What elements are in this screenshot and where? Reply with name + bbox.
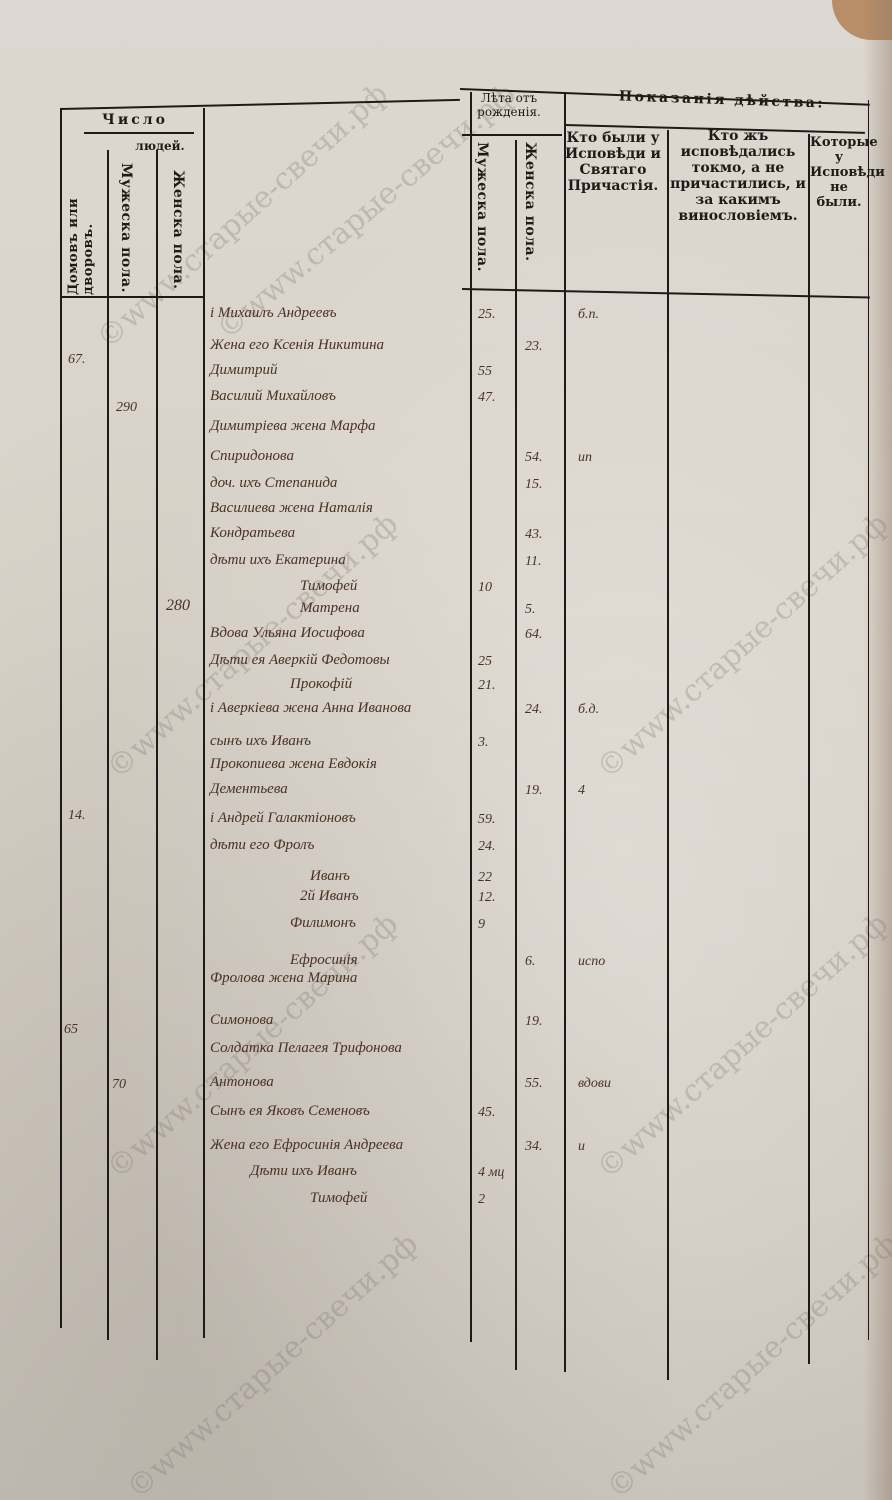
count-muzh: 70 (112, 1077, 126, 1093)
entry-name: Димитріева жена Марфа (210, 418, 375, 435)
entry-name: 2й Иванъ (300, 888, 359, 905)
entry-age-female: 11. (525, 554, 541, 570)
entry-name: Дѣти ея Аверкій Федотовы (210, 652, 390, 669)
count-dvorov: 65 (64, 1022, 78, 1038)
entry-age-female: 19. (525, 1014, 543, 1030)
header-rule (84, 132, 194, 134)
entry-age-female: 64. (525, 627, 543, 643)
entry-confession-note: 4 (578, 783, 585, 799)
header-lyeta-zhen: Женска пола. (522, 142, 538, 272)
entry-name: Солдатка Пелагея Трифонова (210, 1040, 402, 1057)
entry-age-male: 47. (478, 390, 496, 406)
column-rule (203, 108, 205, 1338)
entry-age-female: 34. (525, 1139, 543, 1155)
header-lyeta: Лѣта отъ рожденія. (460, 92, 558, 120)
entry-age-male: 10 (478, 580, 492, 596)
entry-age-female: 54. (525, 450, 543, 466)
entry-name: і Аверкіева жена Анна Иванова (210, 700, 411, 717)
entry-name: сынъ ихъ Иванъ (210, 733, 311, 750)
column-rule (156, 150, 158, 1360)
watermark: ©www.старые-свечи.рф (120, 1227, 425, 1500)
entry-age-male: 55 (478, 364, 492, 380)
entry-name: Василиева жена Наталія (210, 500, 373, 517)
header-lyeta-muzh: Мужеска пола. (474, 142, 490, 292)
entry-name: Спиридонова (210, 448, 294, 465)
entry-name: Тимофей (310, 1190, 367, 1207)
column-rule (515, 140, 517, 1370)
header-col-muzh: Мужеска пола. (118, 163, 134, 293)
entry-name: Филимонъ (290, 915, 356, 932)
entry-name: Дѣти ихъ Иванъ (250, 1163, 357, 1180)
entry-name: Дементьева (210, 781, 288, 798)
entry-age-male: 59. (478, 812, 496, 828)
column-rule (107, 150, 109, 1340)
entry-age-female: 43. (525, 527, 543, 543)
count-dvorov: 14. (68, 808, 86, 824)
entry-name: Тимофей (300, 578, 357, 595)
header-pokazaniya: Показанія дѣйства: (572, 87, 872, 114)
entry-age-male: 24. (478, 839, 496, 855)
entry-confession-note: вдови (578, 1076, 611, 1092)
header-col-byli: Кто были у Исповѣди и Святаго Причастія. (563, 130, 663, 194)
entry-confession-note: и (578, 1139, 585, 1155)
entry-name: Ефросинія (290, 952, 358, 969)
watermark: ©www.старые-свечи.рф (590, 907, 892, 1186)
header-rule (462, 134, 562, 136)
entry-name: Симонова (210, 1012, 273, 1029)
header-col-zhen: Женска пола. (170, 170, 186, 295)
entry-name: Василий Михайловъ (210, 388, 336, 405)
header-lyudey: людей. (120, 140, 200, 154)
document-page: ©www.старые-свечи.рф ©www.старые-свечи.р… (0, 0, 892, 1500)
column-rule (60, 108, 62, 1328)
entry-name: Прокофій (290, 676, 352, 693)
top-rule (60, 99, 460, 110)
entry-name: доч. ихъ Степанида (210, 475, 337, 492)
entry-age-male: 45. (478, 1105, 496, 1121)
count-zhen: 280 (166, 597, 190, 615)
entry-age-female: 55. (525, 1076, 543, 1092)
entry-age-female: 24. (525, 702, 543, 718)
entry-name: Антонова (210, 1074, 274, 1091)
count-dvorov: 67. (68, 352, 86, 368)
entry-age-female: 19. (525, 783, 543, 799)
header-chislo: Число (85, 112, 185, 128)
entry-name: Матрена (300, 600, 360, 617)
header-col-dvorov: Домовъ или дворовъ. (66, 165, 96, 295)
entry-age-male: 12. (478, 890, 496, 906)
entry-name: і Андрей Галактіоновъ (210, 810, 356, 827)
entry-age-female: 5. (525, 602, 536, 618)
entry-age-female: 23. (525, 339, 543, 355)
column-rule (868, 100, 869, 1340)
entry-age-male: 3. (478, 735, 489, 751)
column-rule (667, 130, 669, 1380)
watermark: ©www.старые-свечи.рф (590, 507, 892, 786)
entry-confession-note: испо (578, 954, 605, 970)
entry-confession-note: б.д. (578, 702, 599, 718)
column-rule (470, 92, 472, 1342)
entry-age-male: 9 (478, 917, 485, 933)
entry-name: дѣти его Фролъ (210, 837, 314, 854)
column-rule (564, 92, 566, 1372)
entry-name: Вдова Ульяна Иосифова (210, 625, 365, 642)
entry-name: Димитрий (210, 362, 277, 379)
entry-name: Жена его Ефросинія Андреева (210, 1137, 403, 1154)
entry-age-male: 4 мц (478, 1165, 504, 1181)
entry-age-female: 15. (525, 477, 543, 493)
header-bottom-rule (60, 296, 205, 298)
entry-confession-note: ип (578, 450, 592, 466)
entry-name: Сынъ ея Яковъ Семеновъ (210, 1103, 370, 1120)
header-col-ispovedalis: Кто жъ исповѣдались токмо, а не причасти… (668, 128, 808, 225)
header-col-ne-byli: Которые у Исповѣди не были. (810, 136, 868, 211)
entry-name: Фролова жена Марина (210, 970, 357, 987)
entry-age-male: 22 (478, 870, 492, 886)
entry-name: і Михаилъ Андреевъ (210, 305, 337, 322)
entry-name: Кондратьева (210, 525, 295, 542)
entry-age-male: 25 (478, 654, 492, 670)
entry-age-male: 25. (478, 307, 496, 323)
entry-name: дѣти ихъ Екатерина (210, 552, 346, 569)
column-rule (808, 134, 810, 1364)
entry-age-male: 21. (478, 678, 496, 694)
watermark: ©www.старые-свечи.рф (600, 1227, 892, 1500)
entry-age-female: 6. (525, 954, 536, 970)
entry-name: Жена его Ксенія Никитина (210, 337, 384, 354)
entry-confession-note: б.п. (578, 307, 599, 323)
entry-name: Иванъ (310, 868, 350, 885)
entry-name: Прокопиева жена Евдокія (210, 756, 377, 773)
entry-age-male: 2 (478, 1192, 485, 1208)
count-muzh: 290 (116, 400, 137, 416)
